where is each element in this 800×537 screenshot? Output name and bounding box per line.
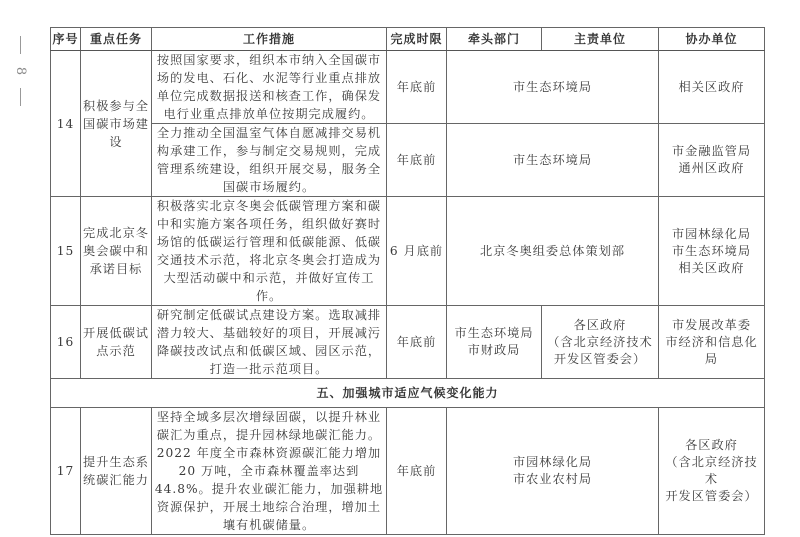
row-assist: 市金融监管局 通州区政府 [659, 124, 765, 197]
header-responsible: 主责单位 [542, 28, 659, 51]
row-lead-responsible: 市生态环境局 [447, 124, 659, 197]
row-deadline: 6 月底前 [387, 197, 447, 306]
row-lead-dept: 市生态环境局 市财政局 [447, 306, 542, 379]
row-seq: 17 [51, 408, 81, 535]
row-deadline: 年底前 [387, 124, 447, 197]
page-number-dash-bottom [20, 88, 21, 106]
row-lead-responsible: 市生态环境局 [447, 51, 659, 124]
table-row: 15 完成北京冬奥会碳中和承诺目标 积极落实北京冬奥会低碳管理方案和碳中和实施方… [51, 197, 765, 306]
table-row: 14 积极参与全国碳市场建设 按照国家要求，组织本市纳入全国碳市场的发电、石化、… [51, 51, 765, 124]
header-lead-dept: 牵头部门 [447, 28, 542, 51]
row-deadline: 年底前 [387, 408, 447, 535]
row-assist: 市园林绿化局 市生态环境局 相关区政府 [659, 197, 765, 306]
section-header-row: 五、加强城市适应气候变化能力 [51, 379, 765, 408]
row-measure: 全力推动全国温室气体自愿减排交易机构承建工作，参与制定交易规则，完成管理系统建设… [152, 124, 387, 197]
work-plan-table: 序号 重点任务 工作措施 完成时限 牵头部门 主责单位 协办单位 14 积极参与… [50, 27, 765, 535]
header-deadline: 完成时限 [387, 28, 447, 51]
assist-unit: 通州区政府 [659, 160, 764, 177]
row-task: 完成北京冬奥会碳中和承诺目标 [81, 197, 152, 306]
row-assist: 相关区政府 [659, 51, 765, 124]
page-number-value: 8 [14, 67, 26, 75]
row-measure: 坚持全域多层次增绿固碳，以提升林业碳汇为重点，提升园林绿地碳汇能力。2022 年… [152, 408, 387, 535]
lead-responsible-unit: 市园林绿化局 [447, 454, 658, 471]
row-measure: 积极落实北京冬奥会低碳管理方案和碳中和实施方案各项任务，组织做好赛时场馆的低碳运… [152, 197, 387, 306]
assist-unit: 各区政府 [659, 437, 764, 454]
assist-unit: （含北京经济技术 [659, 454, 764, 488]
header-measure: 工作措施 [152, 28, 387, 51]
row-assist: 各区政府 （含北京经济技术 开发区管委会） [659, 408, 765, 535]
row-assist: 市发展改革委 市经济和信息化局 [659, 306, 765, 379]
table-row: 16 开展低碳试点示范 研究制定低碳试点建设方案。选取减排潜力较大、基础较好的项… [51, 306, 765, 379]
lead-responsible-unit: 市农业农村局 [447, 471, 658, 488]
header-task: 重点任务 [81, 28, 152, 51]
row-lead-responsible: 市园林绿化局 市农业农村局 [447, 408, 659, 535]
row-seq: 15 [51, 197, 81, 306]
section-title: 五、加强城市适应气候变化能力 [51, 379, 765, 408]
table-header-row: 序号 重点任务 工作措施 完成时限 牵头部门 主责单位 协办单位 [51, 28, 765, 51]
assist-unit: 市生态环境局 [659, 243, 764, 260]
assist-unit: 市园林绿化局 [659, 226, 764, 243]
row-measure: 研究制定低碳试点建设方案。选取减排潜力较大、基础较好的项目，开展减污降碳技改试点… [152, 306, 387, 379]
assist-unit: 市金融监管局 [659, 143, 764, 160]
row-task: 开展低碳试点示范 [81, 306, 152, 379]
row-task: 提升生态系统碳汇能力 [81, 408, 152, 535]
assist-unit: 开发区管委会） [659, 488, 764, 505]
table-row: 17 提升生态系统碳汇能力 坚持全域多层次增绿固碳，以提升林业碳汇为重点，提升园… [51, 408, 765, 535]
row-deadline: 年底前 [387, 51, 447, 124]
assist-unit: 相关区政府 [659, 260, 764, 277]
assist-unit: 市发展改革委 [659, 317, 764, 334]
responsible-unit: 开发区管委会） [542, 351, 658, 368]
row-responsible: 各区政府 （含北京经济技术 开发区管委会） [542, 306, 659, 379]
assist-unit: 市经济和信息化局 [659, 334, 764, 368]
lead-dept-unit: 市生态环境局 [447, 325, 541, 342]
table-row: 全力推动全国温室气体自愿减排交易机构承建工作，参与制定交易规则，完成管理系统建设… [51, 124, 765, 197]
header-assist: 协办单位 [659, 28, 765, 51]
lead-dept-unit: 市财政局 [447, 342, 541, 359]
row-task: 积极参与全国碳市场建设 [81, 51, 152, 197]
row-lead-responsible: 北京冬奥组委总体策划部 [447, 197, 659, 306]
row-seq: 14 [51, 51, 81, 197]
row-measure: 按照国家要求，组织本市纳入全国碳市场的发电、石化、水泥等行业重点排放单位完成数据… [152, 51, 387, 124]
page-number: 8 [14, 36, 26, 106]
row-deadline: 年底前 [387, 306, 447, 379]
responsible-unit: 各区政府 [542, 317, 658, 334]
page-number-dash-top [20, 36, 21, 54]
responsible-unit: （含北京经济技术 [542, 334, 658, 351]
row-seq: 16 [51, 306, 81, 379]
header-seq: 序号 [51, 28, 81, 51]
